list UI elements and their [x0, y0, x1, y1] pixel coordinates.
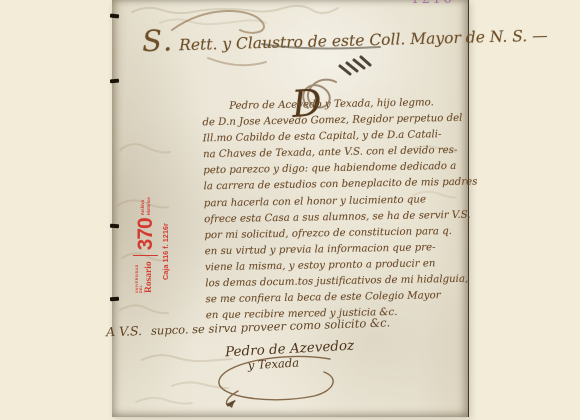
folio-number-stamp: 1216	[411, 0, 454, 7]
binding-stitch	[110, 224, 119, 229]
heading-initial: S.	[142, 23, 175, 58]
binding-stitch	[110, 297, 119, 302]
stamp-reference: Caja 116 f. 1216r	[161, 222, 170, 280]
stamp-main-row: UNIVERSIDAD DEL Rosario 370 Archivo Hist…	[133, 222, 158, 296]
manuscript-page: 1216 S. Rett. y Claustro de este Coll. M…	[112, 0, 469, 417]
stamp-divider	[133, 255, 158, 256]
heading-text: Rett. y Claustro de este Coll. Mayor de …	[179, 27, 548, 55]
stamp-dept: Archivo Histórico	[140, 197, 150, 215]
signature-block: Pedro de Azevedoz y Texada	[219, 337, 360, 373]
heading-line: S. Rett. y Claustro de este Coll. Mayor …	[142, 16, 461, 58]
document-scan: 1216 S. Rett. y Claustro de este Coll. M…	[0, 0, 580, 420]
binding-stitch	[110, 79, 119, 84]
stamp-org-small: UNIVERSIDAD DEL	[136, 261, 144, 293]
margin-note: A V.S.	[106, 323, 142, 339]
binding-stitch	[110, 14, 119, 19]
archive-stamp: UNIVERSIDAD DEL Rosario 370 Archivo Hist…	[133, 222, 189, 296]
stamp-dept-line2: Histórico	[146, 197, 151, 215]
manuscript-body: Pedro de Acevedo y Texada, hijo legmo. d…	[202, 95, 470, 325]
petition-text: supco. se sirva proveer como solicito &c…	[151, 315, 391, 337]
stamp-number: 370	[135, 218, 156, 250]
stamp-org: UNIVERSIDAD DEL Rosario	[136, 261, 154, 293]
stamp-org-name: Rosario	[144, 261, 154, 293]
